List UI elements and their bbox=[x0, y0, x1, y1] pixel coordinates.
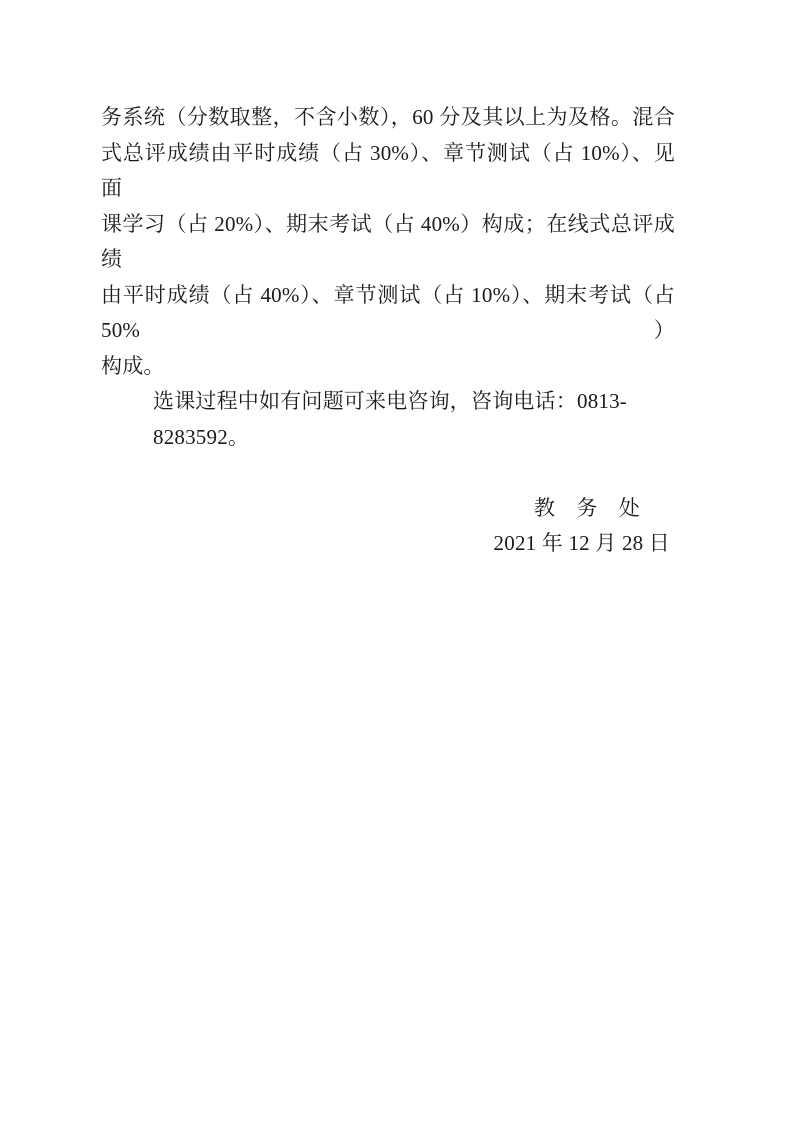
body-text-line: 务系统（分数取整，不含小数），60 分及其以上为及格。混合 bbox=[101, 100, 675, 136]
contact-paragraph: 选课过程中如有问题可来电咨询，咨询电话：0813-8283592。 bbox=[101, 384, 675, 455]
body-text-line: 式总评成绩由平时成绩（占 30%）、章节测试（占 10%）、见面 bbox=[101, 136, 675, 207]
body-text: 务系统（分数取整，不含小数），60 分及其以上为及格。混合 式总评成绩由平时成绩… bbox=[101, 100, 675, 562]
body-text-line: 由平时成绩（占 40%）、章节测试（占 10%）、期末考试（占 50%） bbox=[101, 278, 675, 349]
blank-line bbox=[101, 455, 675, 491]
body-text-line: 课学习（占 20%）、期末考试（占 40%）构成；在线式总评成绩 bbox=[101, 207, 675, 278]
body-text-line: 构成。 bbox=[101, 349, 675, 385]
signature-date: 2021 年 12 月 28 日 bbox=[101, 526, 675, 562]
signature-department: 教 务 处 bbox=[101, 491, 675, 527]
document-page: 务系统（分数取整，不含小数），60 分及其以上为及格。混合 式总评成绩由平时成绩… bbox=[0, 0, 793, 1122]
